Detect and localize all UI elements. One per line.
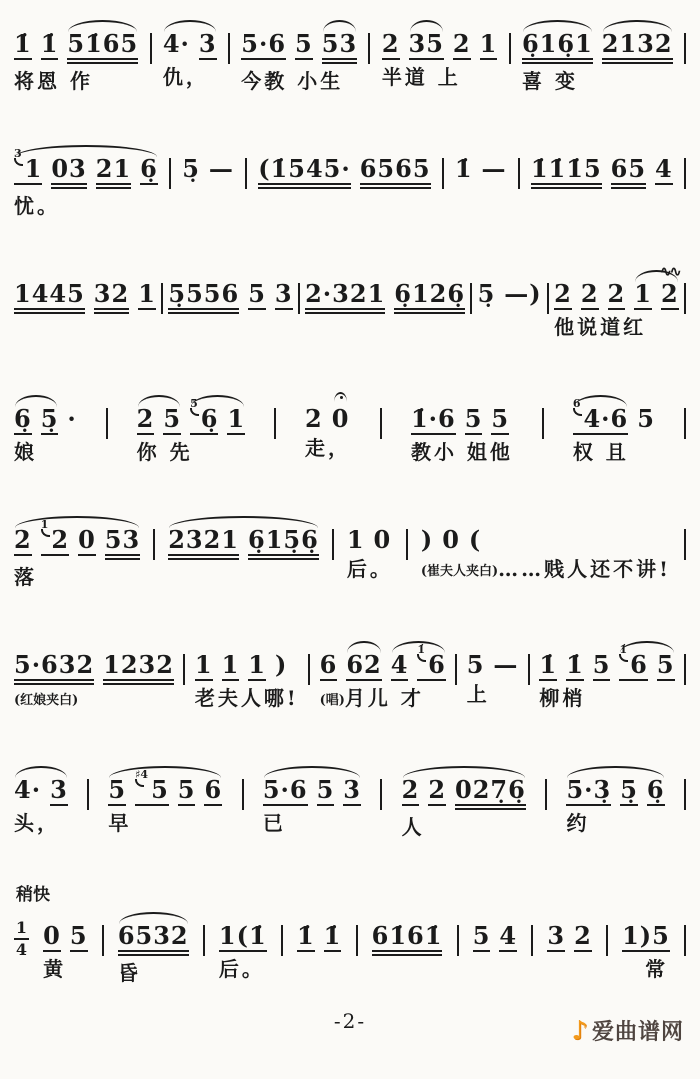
beam-underline <box>168 312 239 314</box>
measure: 3103216̣忧。 <box>14 141 158 218</box>
note-unit: 5 <box>108 778 126 806</box>
grace-note: ♯4 <box>135 769 148 780</box>
notes-row: 61̇61̇ <box>372 908 443 956</box>
notes-row: 1̇1̇51̇65 <box>14 16 138 64</box>
beam-underline <box>258 187 351 189</box>
note-unit: — <box>493 653 518 677</box>
beam-underline <box>190 433 218 435</box>
notes-row: 1445321 <box>14 266 156 314</box>
note-group: 1445321 <box>14 282 156 314</box>
barline <box>87 779 89 810</box>
barline <box>684 779 686 810</box>
note-group: 2 <box>382 32 400 60</box>
beam-underline <box>67 58 138 60</box>
note-unit: 1̇ <box>566 653 584 681</box>
notes-row: 10 <box>347 512 391 552</box>
beam-underline <box>295 58 313 60</box>
note-text: 53 <box>322 32 357 56</box>
note-unit: 1 <box>248 653 266 681</box>
beam-underline <box>14 554 32 556</box>
score-system: 3103216̣忧。5̣—(1̇545·65651̇—1̇1̇1̇5654 <box>14 141 686 218</box>
barline <box>442 158 444 189</box>
note-text: · <box>67 407 76 431</box>
note-text: 65 <box>611 157 646 181</box>
measure: 4·3头， <box>14 762 68 835</box>
lyrics-row: 权 且 <box>573 440 629 464</box>
score-system: 稍快1405黄6532昏1(1̇后。1̇1̇61̇61̇54321)5 常 <box>14 887 686 985</box>
note-text: 2 <box>14 528 32 552</box>
barline <box>380 408 382 439</box>
note-unit: 1 <box>138 282 156 314</box>
note-unit: 1 <box>347 528 365 552</box>
beam-underline <box>168 558 239 560</box>
lyrics-row: 将恩 作 <box>14 69 93 93</box>
beam-underline <box>105 554 140 556</box>
beam-underline <box>94 308 129 310</box>
note-unit: 2 <box>137 407 155 435</box>
note-text: 3 <box>199 32 217 56</box>
note-text: 5 <box>465 407 483 431</box>
note-unit: 2 <box>305 407 323 431</box>
lyrics-row: 走， <box>305 436 351 460</box>
notes-row: 6̣16̣12132 <box>522 16 673 64</box>
note-unit: 5·3̣ <box>566 778 611 806</box>
lyrics-row: 他说道红 <box>554 315 646 339</box>
note-unit: 2 <box>428 778 446 810</box>
slur-group: 1̇65 <box>619 653 674 681</box>
beam-underline <box>473 950 491 952</box>
note-text: 2 <box>581 282 599 306</box>
note-text: 5 <box>637 407 655 431</box>
slur-group: 23216̣15̣6̣ <box>168 528 319 560</box>
notes-row: 66241̇6 <box>320 637 446 681</box>
note-text: 6 <box>630 653 648 677</box>
note-text: 2 <box>382 32 400 56</box>
note-unit: 2 <box>382 32 400 60</box>
lyrics-row: 娘 <box>14 440 37 464</box>
barline <box>356 925 358 956</box>
note-group: 1̇1̇1̇5654 <box>531 157 673 189</box>
note-group: 1)5 <box>622 924 670 952</box>
lyrics-row: 今教 小生 <box>241 69 343 93</box>
beam-underline <box>118 950 189 952</box>
barline <box>545 779 547 810</box>
note-unit: 2 <box>14 528 32 560</box>
note-group: 20 <box>305 407 349 431</box>
note-text: 2 <box>661 282 679 306</box>
lyric-text: 后。 <box>347 557 393 581</box>
barline <box>684 925 686 956</box>
slur-group: 5·653 <box>263 778 361 806</box>
beam-underline <box>602 62 673 64</box>
barline <box>684 529 686 560</box>
beam-underline <box>103 683 174 685</box>
note-unit: 027̣6̣ <box>455 778 526 810</box>
system-row: 4·3头，5♯4556早5·653已22027̣6̣人5·3̣5̣6̣约 <box>14 762 686 839</box>
note-unit: 6565 <box>360 157 431 189</box>
note-text: 3 <box>547 924 565 948</box>
measure: 4·3仇， <box>163 16 217 89</box>
measure: 5̣55653 <box>168 266 292 343</box>
beam-underline <box>522 58 593 60</box>
note-text: 53 <box>105 528 140 552</box>
lyrics-row: 柳梢 <box>539 686 585 710</box>
notes-row: 5̣55653 <box>168 266 292 314</box>
beam-underline <box>14 433 32 435</box>
slur-group: 1∿∿2 <box>634 282 678 310</box>
note-unit: 6̣ <box>140 157 158 189</box>
notes-row: 1̇1̇1̇5654 <box>531 141 673 189</box>
notes-row: 23521 <box>382 16 498 60</box>
note-text: 4 <box>499 924 517 948</box>
beam-underline <box>67 62 138 64</box>
beam-underline <box>96 183 131 185</box>
beam-underline <box>360 183 431 185</box>
note-text: 1232 <box>103 653 174 677</box>
beam-underline <box>453 58 471 60</box>
note-text: 2132 <box>602 32 673 56</box>
beam-underline <box>566 679 584 681</box>
note-text: 5 <box>70 924 88 948</box>
note-unit: — <box>482 157 507 181</box>
lyrics-row: 教小 姐他 <box>411 440 513 464</box>
beam-underline <box>96 187 131 189</box>
note-text: 5 <box>248 282 266 306</box>
measure: 23216̣15̣6̣ <box>168 512 319 589</box>
note-unit: 21 <box>96 157 131 189</box>
note-text: 5̣ <box>620 778 638 802</box>
beam-underline <box>611 187 646 189</box>
grace-note: 3 <box>14 148 22 159</box>
slur-group: 41̇6 <box>391 653 446 681</box>
note-unit: 2 <box>453 32 471 60</box>
beam-underline <box>118 954 189 956</box>
note-group: 5 <box>637 407 655 431</box>
note-text: 1 <box>480 32 498 56</box>
measure: 1445321 <box>14 266 156 343</box>
lyric-text: 今教 小生 <box>241 69 343 93</box>
note-group: 10 <box>347 528 391 552</box>
lyrics-row: 上 <box>467 682 490 706</box>
note-text: — <box>493 653 518 677</box>
measure: 2556̣1你 先 <box>137 391 245 464</box>
beam-underline <box>103 679 174 681</box>
lyrics-row: (唱)月儿 才 <box>320 686 424 710</box>
note-text: 6̣ <box>201 407 219 431</box>
barline <box>528 654 530 685</box>
beam-underline <box>531 187 602 189</box>
beam-underline <box>531 183 602 185</box>
barline <box>150 33 152 64</box>
note-unit: — <box>209 157 234 181</box>
grace-note: 5 <box>190 398 198 409</box>
beam-underline <box>317 804 335 806</box>
slur-group: 4·3 <box>163 32 217 60</box>
note-unit: 5·6 <box>241 32 286 60</box>
slur-group: 64·6 <box>573 407 628 435</box>
lyric-text: 权 且 <box>573 440 629 464</box>
note-text: 1̇ <box>566 653 584 677</box>
note-text: 4 <box>655 157 673 181</box>
note-unit: 6 <box>204 778 222 806</box>
note-text: 2 <box>608 282 626 306</box>
note-unit: 56̣ <box>190 407 218 435</box>
notes-row: 6̣5̣· <box>14 391 77 435</box>
beam-underline <box>43 950 61 952</box>
barline <box>183 654 185 685</box>
beam-underline <box>168 554 239 556</box>
tempo-marking: 稍快 <box>16 887 686 904</box>
system-row: 6̣5̣·娘2556̣1你 先20走，1̇·655教小 姐他64·65权 且 <box>14 391 686 464</box>
barline <box>102 925 104 956</box>
note-group: 5·6321232 <box>14 653 174 685</box>
beam-underline <box>168 308 239 310</box>
lyrics-row: 仇， <box>163 65 209 89</box>
lyrics-row: (红娘夹白) <box>14 690 78 714</box>
measure: 61̇61̇ <box>372 908 443 985</box>
beam-underline <box>539 679 557 681</box>
measure: 5·653已 <box>263 762 361 835</box>
note-text: 1 <box>195 653 213 677</box>
lyrics-row: 喜 变 <box>522 69 578 93</box>
beam-underline <box>135 804 169 806</box>
barline <box>242 779 244 810</box>
measure: 1̇·655教小 姐他 <box>411 391 513 464</box>
beam-underline <box>581 308 599 310</box>
lyric-text: 落 <box>14 565 37 589</box>
note-unit: 6 <box>320 653 338 681</box>
barline <box>332 529 334 560</box>
system-row: 212053落23216̣15̣6̣10后。)0((崔夫人夹白)……贱人还不讲! <box>14 512 686 589</box>
note-text: ) <box>275 653 287 677</box>
beam-underline <box>263 804 308 806</box>
beam-underline <box>137 433 155 435</box>
barline <box>169 158 171 189</box>
note-text: 3 <box>275 282 293 306</box>
note-text: 21 <box>96 157 131 181</box>
note-unit: 64·6 <box>573 407 628 435</box>
notes-row: 54 <box>473 908 517 952</box>
barline <box>274 408 276 439</box>
notes-row: 2556̣1 <box>137 391 245 435</box>
lyrics-row: 约 <box>566 811 589 835</box>
score-system: 1̇1̇51̇65将恩 作4·3仇，5·6553今教 小生23521半道 上6̣… <box>14 16 686 93</box>
beam-underline <box>14 312 85 314</box>
beam-underline <box>622 950 670 952</box>
note-unit: 5 <box>465 407 483 435</box>
slur-group: 5·3̣5̣6̣ <box>566 778 664 806</box>
lyrics-row: 忧。 <box>14 194 60 218</box>
system-row: 1̇1̇51̇65将恩 作4·3仇，5·6553今教 小生23521半道 上6̣… <box>14 16 686 93</box>
barline <box>245 158 247 189</box>
notes-row: 2221∿∿2 <box>554 266 679 310</box>
note-unit: 51̇65 <box>67 32 138 64</box>
note-text: — <box>482 157 507 181</box>
beam-underline <box>346 679 381 681</box>
note-unit: 6̣ <box>647 778 665 806</box>
beam-underline <box>465 433 483 435</box>
system-row: 5·6321232(红娘夹白)111)老夫人哪!66241̇6(唱)月儿 才5—… <box>14 637 686 714</box>
beam-underline <box>620 804 638 806</box>
lyric-text: 后。 <box>219 957 265 981</box>
notes-row: 5·6321232 <box>14 637 174 685</box>
note-unit: 3 <box>343 778 361 806</box>
beam-underline <box>655 183 673 185</box>
lyrics-row: 后。 <box>219 957 265 981</box>
lyric-text: 常 <box>622 957 668 981</box>
note-text: 1̇·6 <box>411 407 456 431</box>
note-text: 1 <box>25 157 43 181</box>
note-unit: 03 <box>51 157 86 189</box>
music-note-icon: ♪ <box>571 1018 588 1044</box>
note-text: 2321 <box>168 528 239 552</box>
note-text: 1 <box>347 528 365 552</box>
note-text: 0 <box>332 407 350 431</box>
note-unit: 1)5 <box>622 924 670 952</box>
beam-underline <box>409 58 444 60</box>
barline <box>106 408 108 439</box>
slur-group: 212053 <box>14 528 140 560</box>
notes-row: 212053 <box>14 512 140 560</box>
beam-underline <box>248 558 319 560</box>
note-text: 1 <box>248 653 266 677</box>
note-text: 5 <box>178 778 196 802</box>
measure: 5—上 <box>467 637 519 706</box>
slur-group: 35 <box>409 32 444 60</box>
barline <box>470 283 472 314</box>
beam-underline <box>343 804 361 806</box>
note-unit: 5 <box>295 32 313 60</box>
barline <box>547 283 549 314</box>
lyrics-row: 黄 <box>43 957 66 981</box>
measure: (1̇545·6565 <box>258 141 430 218</box>
note-text: 1̇ <box>297 924 315 948</box>
note-unit: 62 <box>346 653 381 681</box>
note-unit: 1232 <box>103 653 174 685</box>
note-unit: 5 <box>473 924 491 952</box>
lyrics-row: 你 先 <box>137 440 193 464</box>
notes-row: 1)5 <box>622 908 670 952</box>
beam-underline <box>634 308 652 310</box>
notes-row: 5̣— <box>182 141 234 181</box>
lyric-text: 仇， <box>163 65 209 89</box>
notes-row: 111) <box>195 637 287 681</box>
note-text: 2 <box>428 778 446 802</box>
note-unit: 0 <box>43 924 61 952</box>
beam-underline <box>491 433 509 435</box>
note-unit: · <box>67 407 76 431</box>
note-group: 6 <box>320 653 338 681</box>
lyrics-row: 早 <box>108 811 131 835</box>
note-unit: 5 <box>178 778 196 806</box>
note-unit: ) <box>275 653 287 681</box>
note-unit: 4· <box>163 32 190 60</box>
sheet-music-page: 1̇1̇51̇65将恩 作4·3仇，5·6553今教 小生23521半道 上6̣… <box>0 0 700 1079</box>
beam-underline <box>417 679 445 681</box>
beam-underline <box>204 804 222 806</box>
note-group: 5— <box>467 653 519 677</box>
note-unit: 1̇ <box>14 32 32 60</box>
lyrics-row: 昏 <box>118 961 141 985</box>
lyric-text: 忧。 <box>14 194 60 218</box>
note-text: 1̇ <box>455 157 473 181</box>
grace-note: 1 <box>41 519 49 530</box>
notes-row: 2·3216̣126̣ <box>305 266 465 314</box>
note-unit: 6̣126̣ <box>394 282 465 314</box>
page-footer: -2- ♪ 爱曲谱网 <box>14 1009 686 1053</box>
score-system: 4·3头，5♯4556早5·653已22027̣6̣人5·3̣5̣6̣约 <box>14 762 686 839</box>
score-system: 5·6321232(红娘夹白)111)老夫人哪!66241̇6(唱)月儿 才5—… <box>14 637 686 714</box>
note-text: 2 <box>51 528 69 552</box>
beam-underline <box>297 950 315 952</box>
beam-underline <box>14 58 32 60</box>
note-text: 6565 <box>360 157 431 181</box>
measure: 66241̇6(唱)月儿 才 <box>320 637 446 710</box>
beam-underline <box>455 808 526 810</box>
beam-underline <box>258 183 351 185</box>
barline <box>298 283 300 314</box>
note-unit: 1̇ <box>539 653 557 681</box>
lyrics-row: 常 <box>622 957 668 981</box>
lyric-text: (红娘夹白) <box>14 693 78 708</box>
lyrics-row: 头， <box>14 811 60 835</box>
note-unit: 2 <box>608 282 626 310</box>
note-text: ) <box>421 528 433 552</box>
note-text: 6 <box>320 653 338 677</box>
note-text: 6̣ <box>647 778 665 802</box>
note-group: 222 <box>554 282 625 310</box>
note-unit: 4· <box>14 778 41 806</box>
lyrics-row: 人 <box>402 815 425 839</box>
note-text: 1̇ <box>14 32 32 56</box>
note-text: 35 <box>409 32 444 56</box>
note-text: 3 <box>50 778 68 802</box>
beam-underline <box>455 804 526 806</box>
measure: 5♯4556早 <box>108 762 222 835</box>
measure: 6̣16̣12132喜 变 <box>522 16 673 93</box>
note-text: 1̇1̇1̇5 <box>531 157 602 181</box>
note-unit: ∿∿2 <box>661 282 679 310</box>
notes-row: 4·3 <box>14 762 68 806</box>
note-unit: 61̇61̇ <box>372 924 443 956</box>
lyric-text: 约 <box>566 811 589 835</box>
note-group: 5·65 <box>241 32 312 60</box>
note-text: 5 <box>163 407 181 431</box>
notes-row: (1̇545·6565 <box>258 141 430 189</box>
notes-row: 32 <box>547 908 591 952</box>
note-text: 61̇61̇ <box>372 924 443 948</box>
note-text: 5·3̣ <box>566 778 611 802</box>
note-text: 5 <box>473 924 491 948</box>
note-unit: 1̇ <box>297 924 315 952</box>
note-text: 5 <box>317 778 335 802</box>
lyric-text: (崔夫人夹白) <box>421 564 498 579</box>
note-text: 5̣ <box>182 157 200 181</box>
beam-underline <box>322 62 357 64</box>
note-unit: 1(1̇ <box>219 924 267 952</box>
note-text: 5·6 <box>263 778 308 802</box>
note-unit: 6532 <box>118 924 189 956</box>
beam-underline <box>248 308 266 310</box>
note-text: 1̇ <box>539 653 557 677</box>
beam-underline <box>105 558 140 560</box>
lyric-text: 老夫人哪! <box>195 686 299 710</box>
lyric-text: 你 先 <box>137 440 193 464</box>
barline <box>542 408 544 439</box>
note-text: 4·6 <box>583 407 628 431</box>
measure: 32 <box>547 908 591 981</box>
lyrics-row: 已 <box>263 811 286 835</box>
